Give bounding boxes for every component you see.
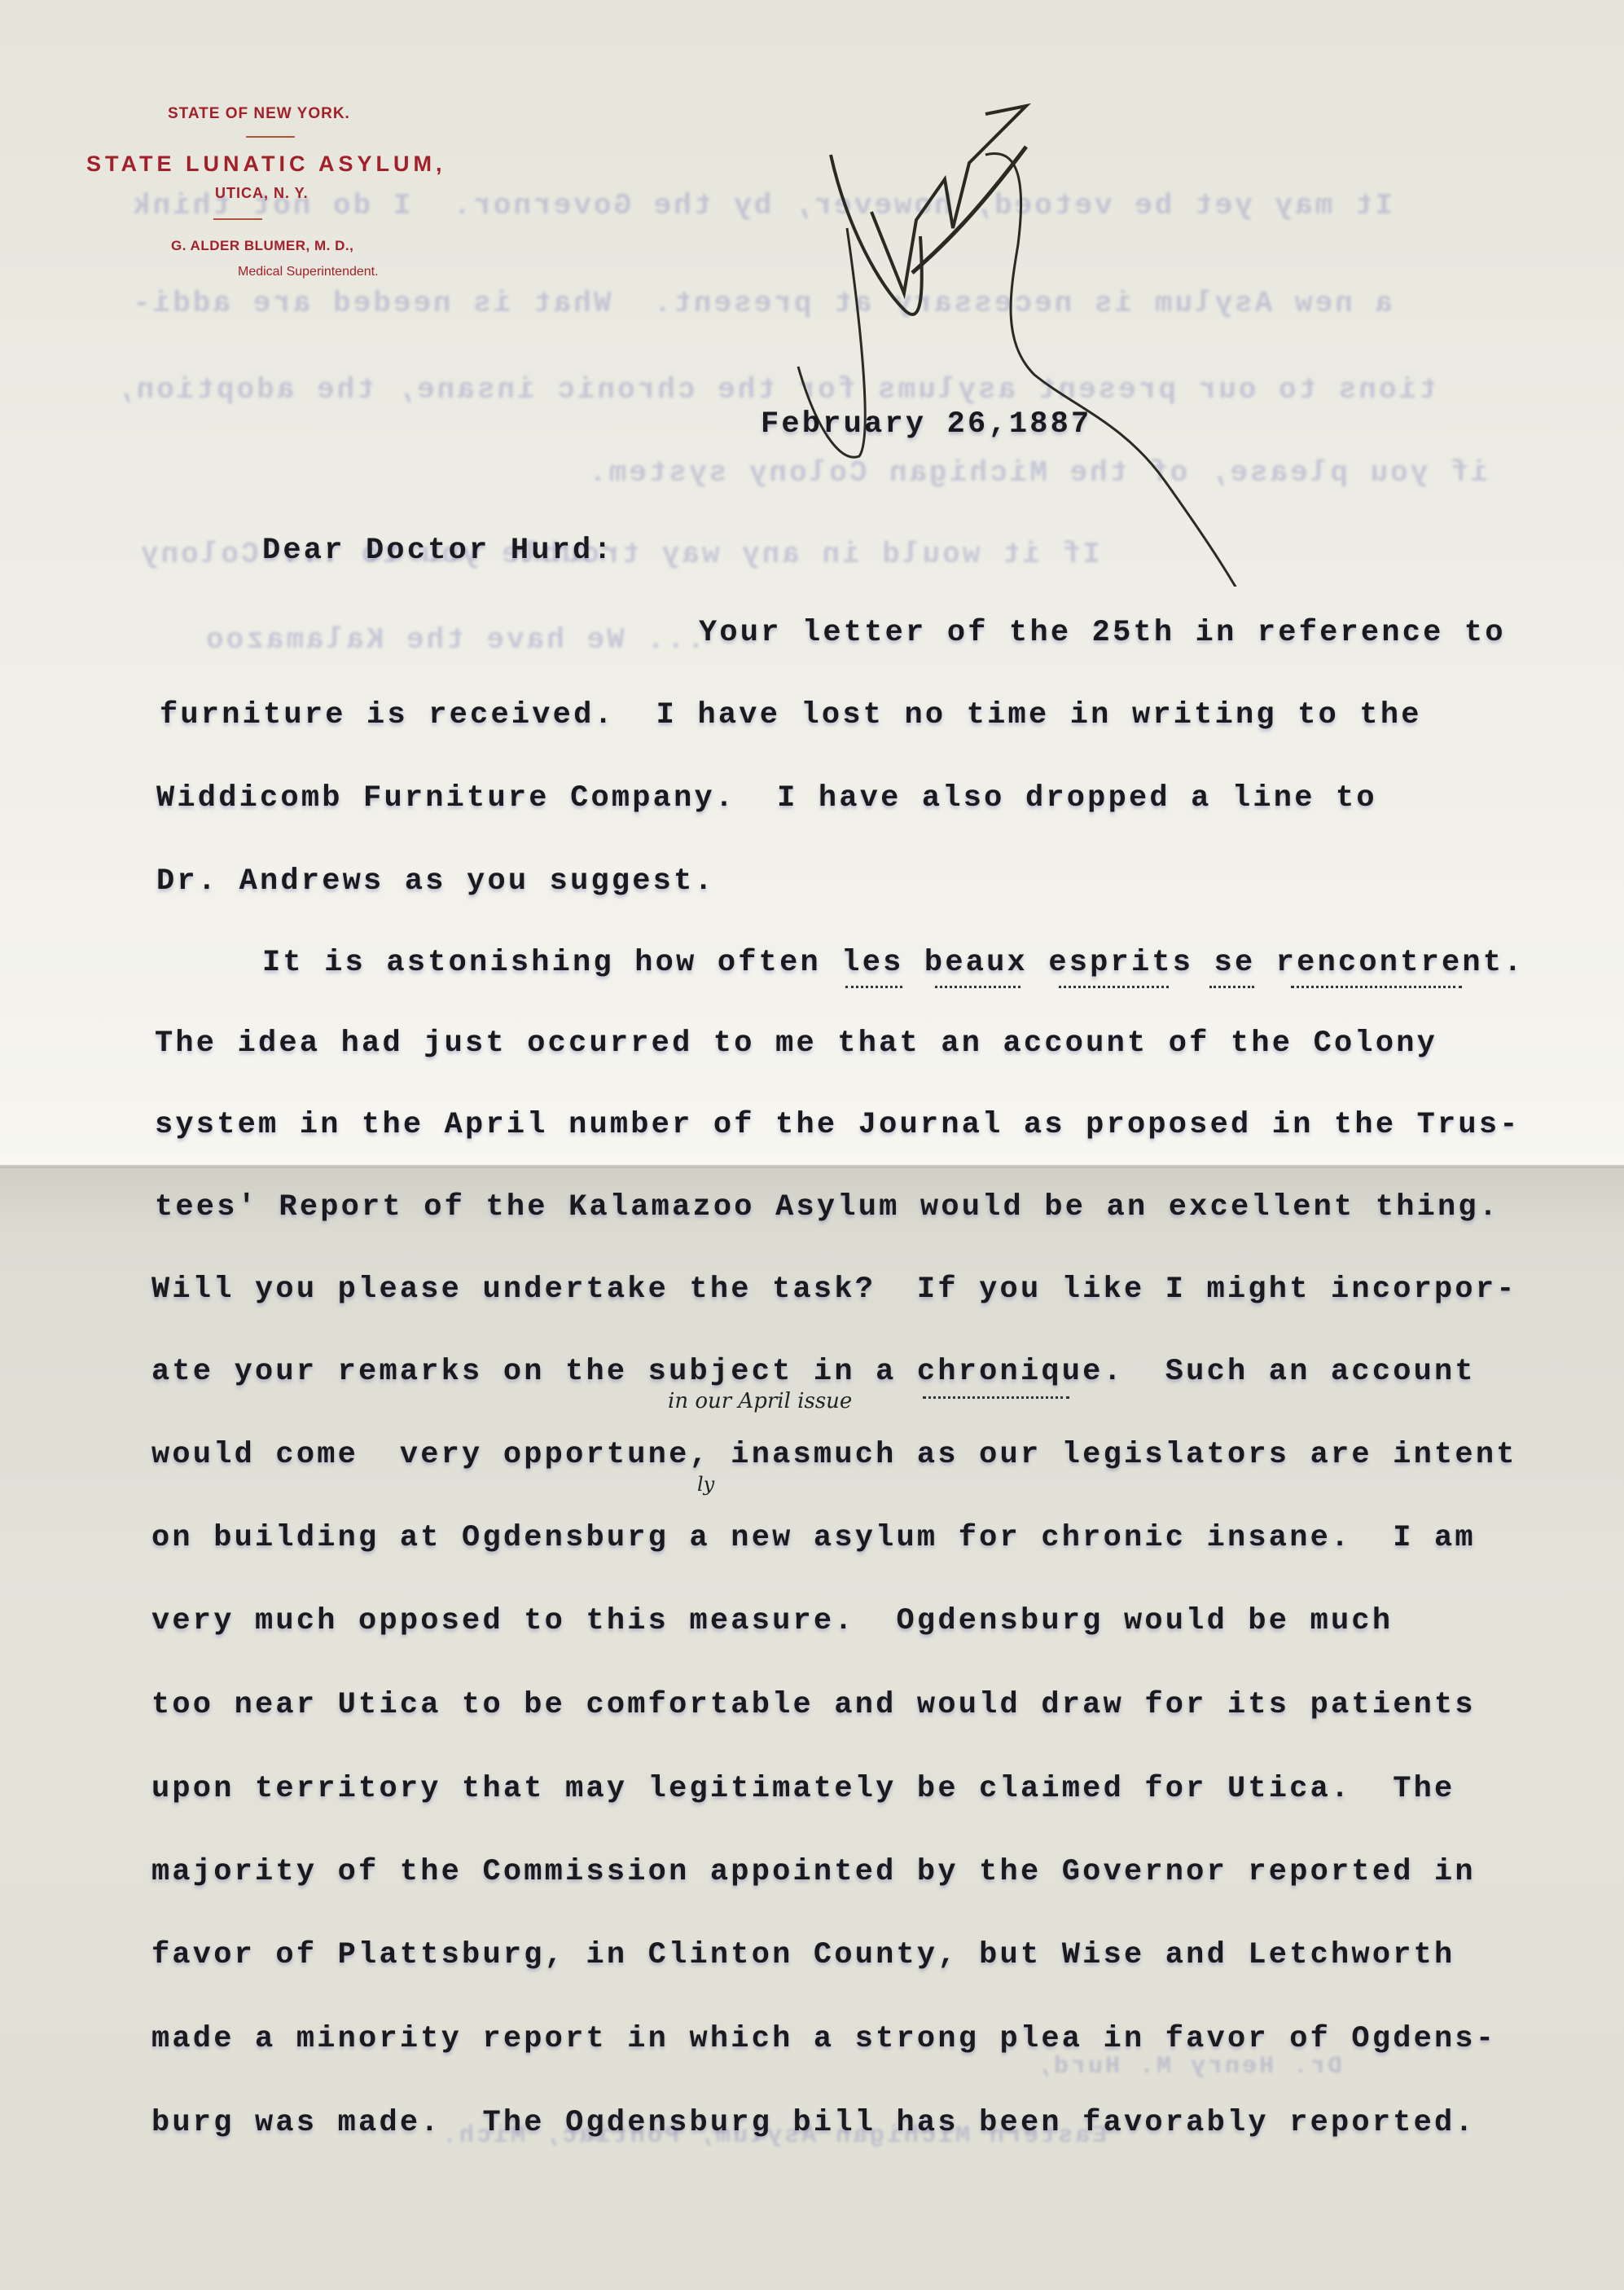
body-line: too near Utica to be comfortable and wou… xyxy=(151,1688,1476,1722)
letterhead-superintendent-title: Medical Superintendent. xyxy=(238,265,379,279)
letterhead-state: STATE OF NEW YORK. xyxy=(168,105,350,123)
body-line: ate your remarks on the subject in a chr… xyxy=(151,1355,1476,1389)
body-line: It is astonishing how often les beaux es… xyxy=(262,946,1525,980)
handwritten-initials-icon xyxy=(782,98,1352,587)
bleed-through-line: Dr. Henry M. Hurd, xyxy=(1034,2053,1342,2081)
body-line: Will you please undertake the task? If y… xyxy=(151,1272,1517,1307)
letterhead-institution: STATE LUNATIC ASYLUM, xyxy=(86,152,446,177)
body-line: Your letter of the 25th in reference to xyxy=(699,616,1506,650)
underline-mark xyxy=(1059,979,1169,988)
handwritten-insertion: in our April issue xyxy=(668,1389,852,1413)
letterhead-location: UTICA, N. Y. xyxy=(215,185,309,202)
body-line: Widdicomb Furniture Company. I have also… xyxy=(156,781,1377,815)
body-line: made a minority report in which a strong… xyxy=(151,2022,1496,2056)
body-line: majority of the Commission appointed by … xyxy=(151,1855,1476,1889)
body-line: Dr. Andrews as you suggest. xyxy=(156,864,715,899)
body-line: favor of Plattsburg, in Clinton County, … xyxy=(151,1938,1455,1972)
body-line: tees' Report of the Kalamazoo Asylum wou… xyxy=(155,1190,1499,1224)
body-line: burg was made. The Ogdensburg bill has b… xyxy=(151,2106,1476,2140)
letterhead-superintendent-name: G. ALDER BLUMER, M. D., xyxy=(171,238,353,254)
body-line: upon territory that may legitimately be … xyxy=(151,1772,1455,1806)
body-line: would come very opportune, inasmuch as o… xyxy=(151,1438,1517,1472)
underline-mark xyxy=(845,979,902,988)
letterhead-rule xyxy=(213,218,262,220)
handwritten-insertion: ly xyxy=(697,1473,714,1496)
underline-mark xyxy=(1291,979,1462,988)
salutation: Dear Doctor Hurd: xyxy=(262,534,614,568)
letter-date: February 26,1887 xyxy=(761,407,1091,442)
underline-mark xyxy=(1209,979,1254,988)
bleed-through-line: ... We have the Kalamazoo xyxy=(204,623,704,657)
body-line: on building at Ogdensburg a new asylum f… xyxy=(151,1521,1476,1555)
body-line: furniture is received. I have lost no ti… xyxy=(160,698,1422,732)
underline-mark xyxy=(923,1390,1069,1399)
underline-mark xyxy=(935,979,1020,988)
body-line: The idea had just occurred to me that an… xyxy=(155,1026,1437,1061)
fold-line xyxy=(0,1165,1624,1168)
body-line: very much opposed to this measure. Ogden… xyxy=(151,1604,1393,1638)
body-line: system in the April number of the Journa… xyxy=(155,1108,1521,1142)
letterhead-rule xyxy=(246,136,295,138)
